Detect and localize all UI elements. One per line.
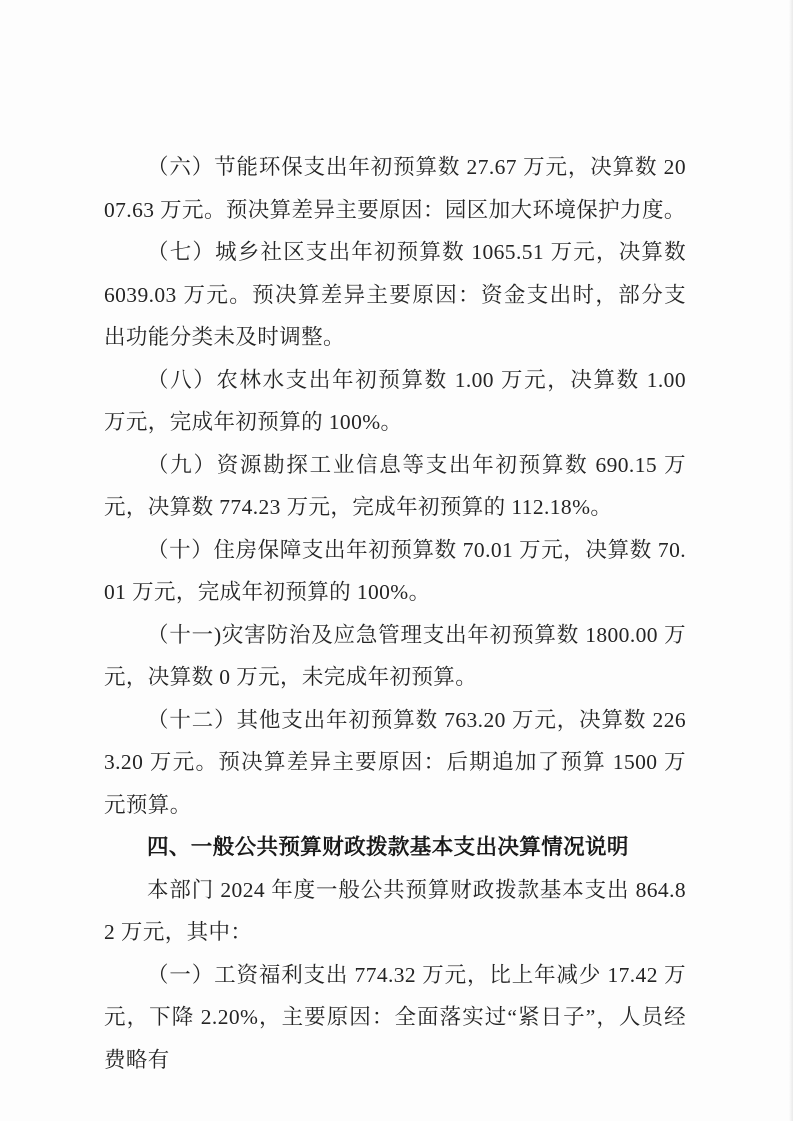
paragraph-item-12-other-expenditure: （十二）其他支出年初预算数 763.20 万元，决算数 2263.20 万元。预… — [104, 699, 686, 827]
section-heading-basic-expenditure: 四、一般公共预算财政拨款基本支出决算情况说明 — [104, 826, 686, 869]
paragraph-item-10-housing-security: （十）住房保障支出年初预算数 70.01 万元，决算数 70.01 万元，完成年… — [104, 529, 686, 614]
paragraph-item-7-urban-rural-community: （七）城乡社区支出年初预算数 1065.51 万元，决算数 6039.03 万元… — [104, 231, 686, 359]
paragraph-item-9-resource-exploration: （九）资源勘探工业信息等支出年初预算数 690.15 万元，决算数 774.23… — [104, 444, 686, 529]
paragraph-item-6-energy-conservation: （六）节能环保支出年初预算数 27.67 万元，决算数 2007.63 万元。预… — [104, 146, 686, 231]
paragraph-item-11-disaster-prevention: （十一)灾害防治及应急管理支出年初预算数 1800.00 万元，决算数 0 万元… — [104, 614, 686, 699]
paragraph-basic-expenditure-total: 本部门 2024 年度一般公共预算财政拨款基本支出 864.82 万元，其中： — [104, 869, 686, 954]
document-page: （六）节能环保支出年初预算数 27.67 万元，决算数 2007.63 万元。预… — [0, 0, 793, 1121]
paragraph-item-1-salary-welfare: （一）工资福利支出 774.32 万元，比上年减少 17.42 万元，下降 2.… — [104, 954, 686, 1082]
document-body: （六）节能环保支出年初预算数 27.67 万元，决算数 2007.63 万元。预… — [104, 146, 686, 1081]
paragraph-item-8-agriculture-forestry-water: （八）农林水支出年初预算数 1.00 万元，决算数 1.00 万元，完成年初预算… — [104, 359, 686, 444]
scan-edge-shadow — [789, 0, 793, 1121]
